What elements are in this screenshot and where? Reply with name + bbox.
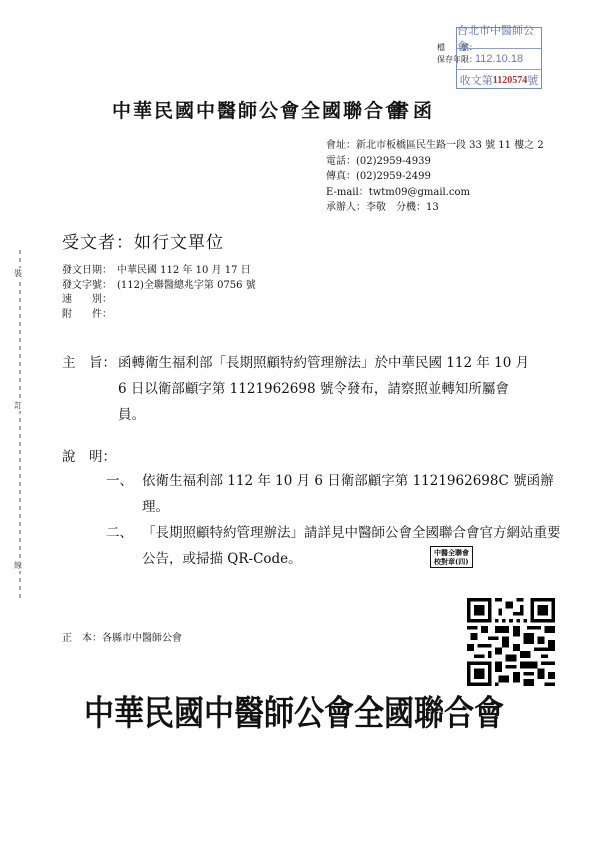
subject-text: 函轉衛生福利部「長期照顧特約管理辦法」於中華民國 112 年 10 月 6 日以… bbox=[118, 350, 532, 428]
receipt-stamp: 台北市中醫師公會 112.10.18 收文第 1120574 號 bbox=[456, 27, 542, 89]
fax: 傳真：(02)2959-2499 bbox=[326, 169, 544, 185]
proofreading-seal: 中醫全聯會 校對章(四) bbox=[430, 546, 473, 568]
organization-seal: 中華民國中醫師公會全國聯合會 bbox=[84, 685, 504, 736]
explanation-item-number: 二、 bbox=[106, 520, 142, 572]
binding-mark-ding: 訂 bbox=[14, 400, 22, 411]
issue-meta: 發文日期：中華民國 112 年 10 月 17 日 發文字號：(112)全聯醫總… bbox=[62, 264, 256, 322]
speed-label: 速 別： bbox=[62, 293, 117, 308]
document-title: 中華民國中醫師公會全國聯合會 bbox=[112, 96, 406, 123]
carbon-copy: 正 本：各縣市中醫師公會 bbox=[62, 629, 182, 644]
binding-line: 裝 訂 線 bbox=[12, 250, 28, 600]
explanation-item-1: 一、 依衛生福利部 112 年 10 月 6 日衛部顧字第 1121962698… bbox=[106, 468, 566, 520]
speed-row: 速 別： bbox=[62, 293, 256, 308]
binding-mark-zhuang: 裝 bbox=[14, 268, 22, 279]
proof-seal-line2: 校對章(四) bbox=[434, 557, 469, 566]
stamp-receipt-row: 收文第 1120574 號 bbox=[457, 70, 541, 90]
issue-date-label: 發文日期： bbox=[62, 264, 117, 279]
explanation-list: 一、 依衛生福利部 112 年 10 月 6 日衛部顧字第 1121962698… bbox=[106, 468, 566, 572]
document-type: 書函 bbox=[390, 96, 436, 123]
contact-block: 會址：新北市板橋區民生路一段 33 號 11 樓之 2 電話：(02)2959-… bbox=[326, 138, 544, 216]
issue-no-label: 發文字號： bbox=[62, 279, 117, 294]
stamp-receipt-prefix: 收文第 bbox=[460, 72, 493, 88]
recipient: 受文者：如行文單位 bbox=[62, 228, 224, 253]
issue-no-row: 發文字號：(112)全聯醫總兆字第 0756 號 bbox=[62, 279, 256, 294]
stamp-org: 台北市中醫師公會 bbox=[457, 28, 541, 49]
email: E-mail：twtm09@gmail.com bbox=[326, 185, 544, 201]
explanation-item-2: 二、 「長期照顧特約管理辦法」請詳見中醫師公會全國聯合會官方網站重要公告，或掃描… bbox=[106, 520, 566, 572]
qr-code-icon[interactable] bbox=[467, 598, 555, 686]
proof-seal-line1: 中醫全聯會 bbox=[434, 548, 469, 557]
explanation-label: 說 明： bbox=[62, 445, 116, 465]
binding-mark-xian: 線 bbox=[14, 560, 22, 571]
subject-label: 主 旨： bbox=[62, 350, 117, 376]
address: 會址：新北市板橋區民生路一段 33 號 11 樓之 2 bbox=[326, 138, 544, 154]
stamp-receipt-number: 1120574 bbox=[493, 75, 527, 86]
issue-date-row: 發文日期：中華民國 112 年 10 月 17 日 bbox=[62, 264, 256, 279]
phone: 電話：(02)2959-4939 bbox=[326, 154, 544, 170]
issue-date: 中華民國 112 年 10 月 17 日 bbox=[117, 265, 251, 276]
explanation-item-number: 一、 bbox=[106, 468, 142, 520]
handler: 承辦人：李敬 分機：13 bbox=[326, 200, 544, 216]
stamp-receipt-suffix: 號 bbox=[527, 72, 538, 88]
attachment-label: 附 件： bbox=[62, 308, 117, 323]
subject-section: 主 旨： 函轉衛生福利部「長期照顧特約管理辦法」於中華民國 112 年 10 月… bbox=[62, 350, 532, 428]
binding-dots bbox=[19, 250, 21, 600]
issue-no: (112)全聯醫總兆字第 0756 號 bbox=[117, 280, 256, 291]
explanation-item-text: 「長期照顧特約管理辦法」請詳見中醫師公會全國聯合會官方網站重要公告，或掃描 QR… bbox=[142, 520, 566, 572]
explanation-item-text: 依衛生福利部 112 年 10 月 6 日衛部顧字第 1121962698C 號… bbox=[142, 468, 566, 520]
attachment-row: 附 件： bbox=[62, 308, 256, 323]
